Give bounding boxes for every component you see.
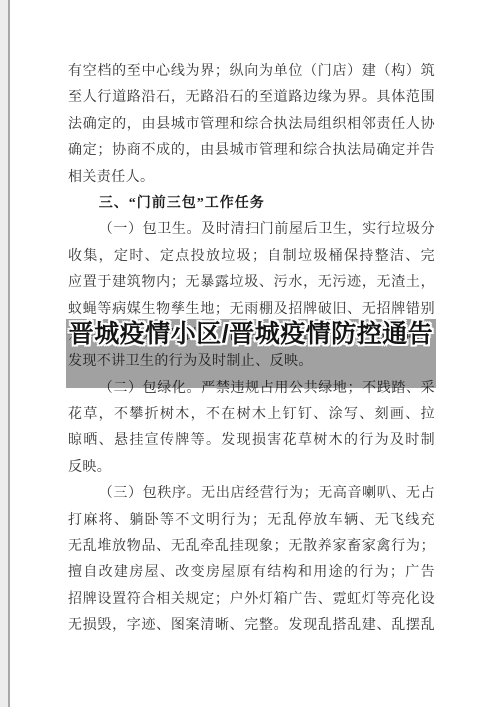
text-line: 打麻将、躺卧等不文明行为；无乱停放车辆、无飞线充电、 <box>68 508 435 534</box>
text-line: （三）包秩序。无出店经营行为；无高音喇叭、无占道 <box>68 481 435 507</box>
text-line: 至人行道路沿石，无路沿石的至道路边缘为界。具体范围无 <box>68 85 435 111</box>
text-line: 法确定的，由县城市管理和综合执法局组织相邻责任人协商 <box>68 112 435 138</box>
text-line: 相关责任人。 <box>68 165 435 191</box>
text-line: 招牌设置符合相关规定；户外灯箱广告、霓虹灯等亮化设施 <box>68 587 435 613</box>
text-line: 确定；协商不成的，由县城市管理和综合执法局确定并告知 <box>68 138 435 164</box>
text-line: 有空档的至中心线为界；纵向为单位（门店）建（构）筑物 <box>68 59 435 85</box>
overlay-headline: 晋城疫情小区/晋城疫情防控通告 <box>62 318 440 352</box>
text-line: 晾晒、悬挂宣传牌等。发现损害花草树木的行为及时制止、 <box>68 428 435 454</box>
text-line: 三、“门前三包”工作任务 <box>68 191 435 217</box>
text-line: 擅自改建房屋、改变房屋原有结构和用途的行为；广告牌、 <box>68 560 435 586</box>
text-line: 收集，定时、定点投放垃圾；自制垃圾桶保持整洁、完好， <box>68 244 435 270</box>
text-line: （一）包卫生。及时清扫门前屋后卫生，实行垃圾分类 <box>68 217 435 243</box>
text-line: 无乱堆放物品、无乱牵乱挂现象；无散养家畜家禽行为；无 <box>68 534 435 560</box>
text-line: 无损毁，字迹、图案清晰、完整。发现乱搭乱建、乱摆乱卖、 <box>68 613 435 639</box>
page-edge-strip <box>0 0 10 707</box>
scanned-document-page: 有空档的至中心线为界；纵向为单位（门店）建（构）筑物至人行道路沿石，无路沿石的至… <box>0 0 500 707</box>
text-line: 花草，不攀折树木，不在树木上钉钉、涂写、刻画、拉绳、 <box>68 402 435 428</box>
text-line: 应置于建筑物内；无暴露垃圾、污水，无污迹，无渣土，无 <box>68 270 435 296</box>
text-line: 反映。 <box>68 455 435 481</box>
